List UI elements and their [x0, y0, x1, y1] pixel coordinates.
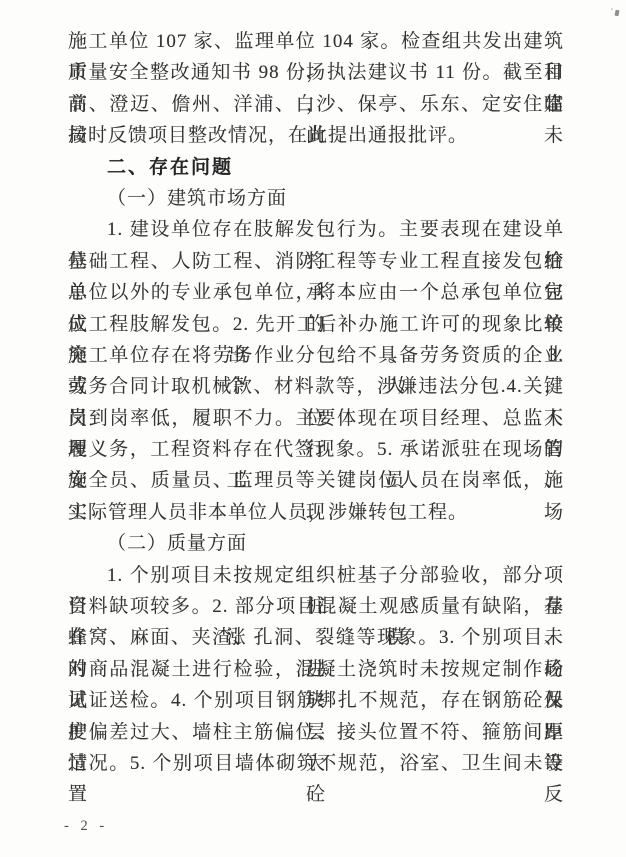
document-body: 施工单位 107 家、监理单位 104 家。检查组共发出建筑市场和质量安全整改通… [68, 26, 564, 779]
scan-artifact-dot [611, 8, 613, 10]
text-line: 见证送检。4. 个别项目钢筋绑扎不规范，存在钢筋砼保护层厚 [68, 685, 564, 716]
document-page: 施工单位 107 家、监理单位 104 家。检查组共发出建筑市场和质量安全整改通… [0, 0, 626, 857]
scan-artifact-speck [614, 10, 619, 17]
text-line: 质量安全整改通知书 98 份，执法建议书 11 份。截至目前，临 [68, 57, 564, 88]
text-line: 蜂窝、麻面、夹渣、孔洞、裂缝等现象。3. 个别项目未对进场 [68, 622, 564, 653]
text-line: （二）质量方面 [68, 528, 564, 559]
text-line: 情况。5. 个别项目墙体砌筑不规范，浴室、卫生间未设置砼反 [68, 748, 564, 779]
text-line: 施工单位 107 家、监理单位 104 家。检查组共发出建筑市场和 [68, 26, 564, 57]
text-line: 的商品混凝土进行检验，混凝土浇筑时未按规定制作砼试块及 [68, 654, 564, 685]
text-line: 理义务，工程资料存在代签现象。5. 承诺派驻在现场的施工员、 [68, 434, 564, 465]
text-line: 员到岗率低，履职不力。主要体现在项目经理、总监不履行管 [68, 403, 564, 434]
text-line: 资料缺项较多。2. 部分项目混凝土观感质量有缺陷，存在涨模、 [68, 591, 564, 622]
text-line: 单位以外的专业承包单位，将本应由一个总承包单位完成的单 [68, 277, 564, 308]
text-line: 高、澄迈、儋州、洋浦、白沙、保亭、乐东、定安住建局尚未 [68, 89, 564, 120]
text-line: 1. 建设单位存在肢解发包行为。主要表现在建设单位将桩 [68, 214, 564, 245]
text-line: 位工程肢解发包。2. 先开工后补办施工许可的现象比较突出。3. [68, 309, 564, 340]
text-line: 施工单位存在将劳务作业分包给不具备劳务资质的企业或个人， [68, 340, 564, 371]
text-line: 劳务合同计取机械款、材料款等，涉嫌违法分包.4.关键岗位人 [68, 371, 564, 402]
text-line: （一）建筑市场方面 [68, 183, 564, 214]
text-line: 基础工程、人防工程、消防工程等专业工程直接发包给总承包 [68, 246, 564, 277]
text-line: 1. 个别项目未按规定组织桩基子分部验收，部分项目桩基 [68, 560, 564, 591]
section-heading-line: 二、存在问题 [68, 152, 564, 183]
text-line: 度偏差过大、墙柱主筋偏位、接头位置不符、箍筋间距过大等 [68, 717, 564, 748]
page-number: - 2 - [64, 818, 108, 835]
text-line: 安全员、质量员、监理员等关键岗位人员在岗率低，施工现场 [68, 465, 564, 496]
